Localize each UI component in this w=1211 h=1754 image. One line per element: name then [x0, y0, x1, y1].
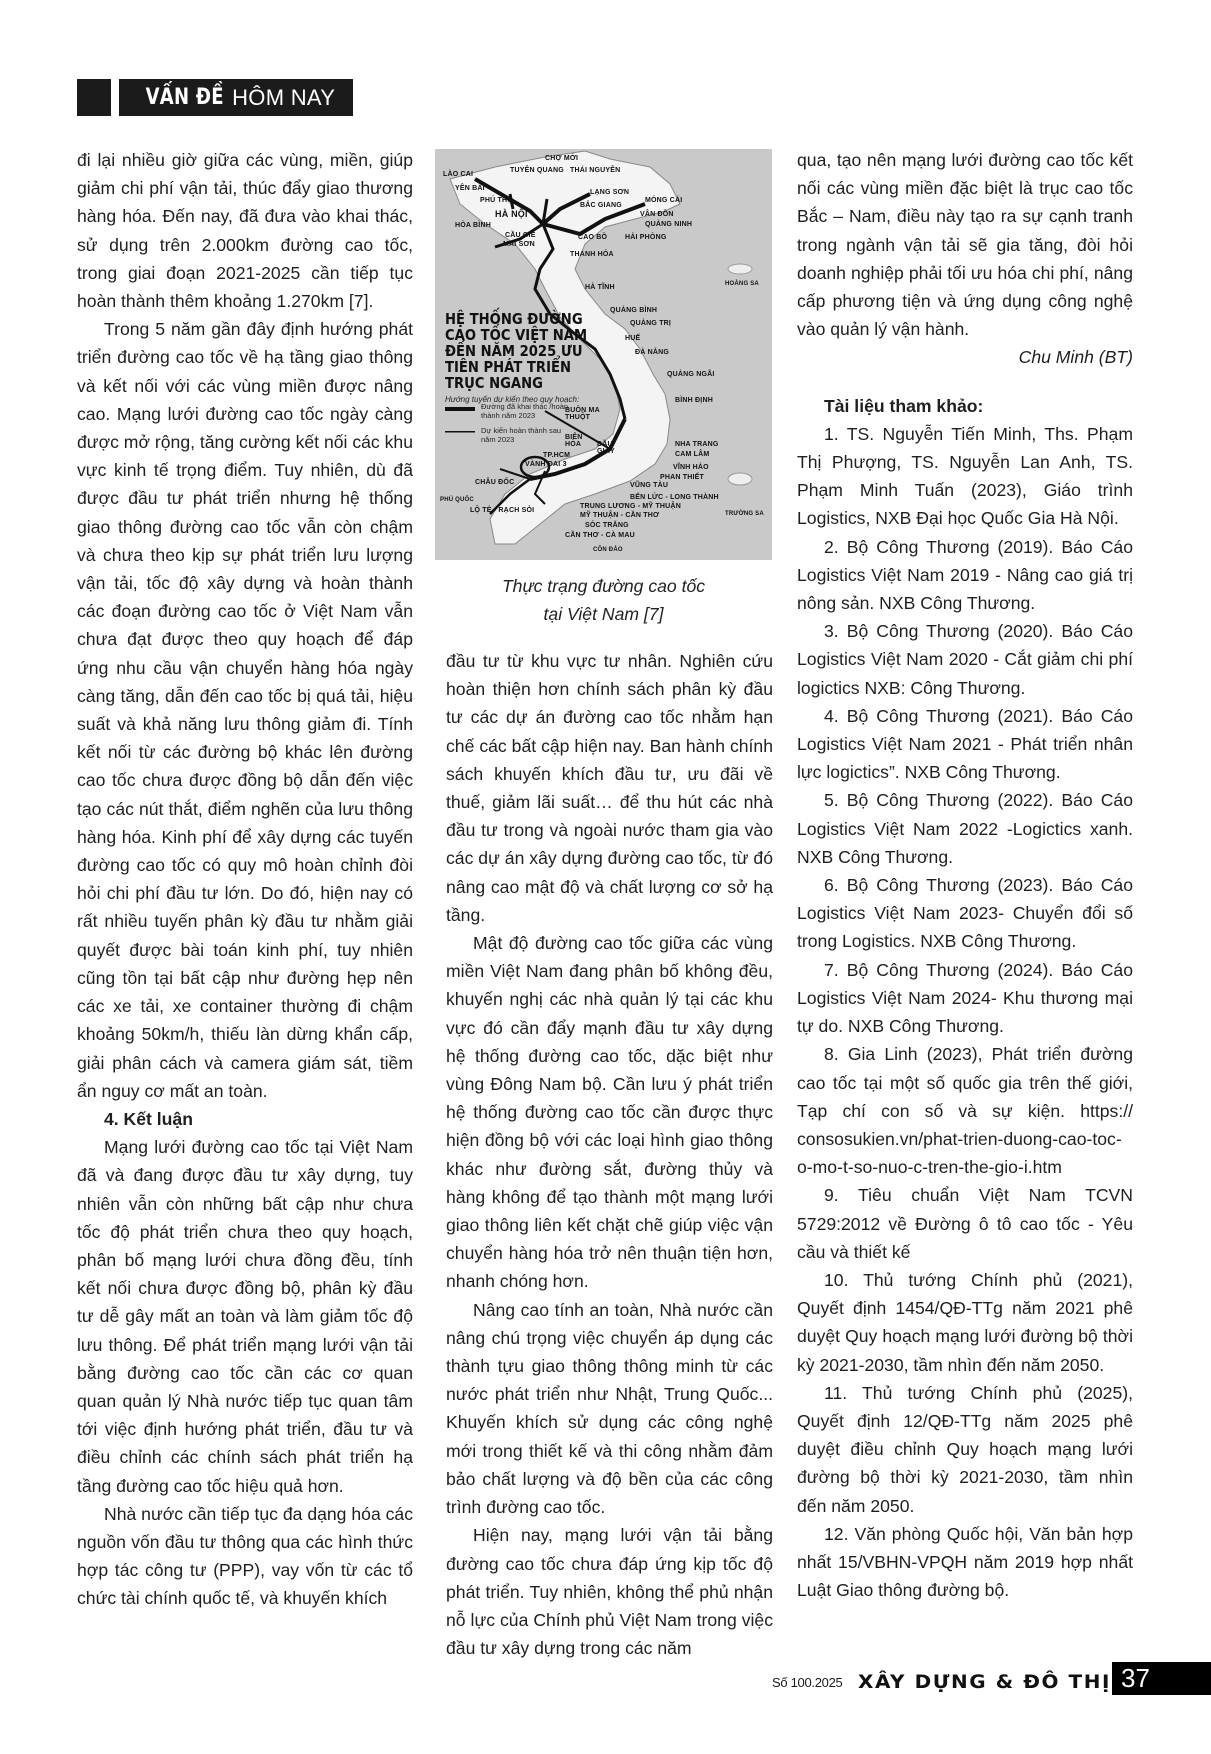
- map-label: CÔN ĐẢO: [593, 547, 623, 553]
- map-label: LÀO CAI: [443, 171, 473, 178]
- reference-item: 3. Bộ Công Thương (2020). Báo Cáo Logist…: [797, 617, 1133, 702]
- section-title: VẤN ĐỀ HÔM NAY: [119, 79, 353, 116]
- map-label: MÓNG CÁI: [645, 197, 682, 204]
- map-label: TP.HCM: [543, 452, 570, 459]
- map-label: SÓC TRĂNG: [585, 522, 629, 529]
- map-label: THANH HÓA: [570, 251, 614, 258]
- column-1: đi lại nhiều giờ giữa các vùng, miền, gi…: [77, 146, 413, 1613]
- caption-line-1: Thực trạng đường cao tốc: [435, 572, 772, 600]
- map-label: MAI SƠN: [503, 241, 535, 248]
- column-2: đầu tư từ khu vực tư nhân. Nghiên cứu ho…: [446, 647, 773, 1662]
- map-label: CẦU GIẼ: [505, 232, 536, 239]
- map-label: BÌNH ĐỊNH: [675, 397, 713, 404]
- reference-item: 7. Bộ Công Thương (2024). Báo Cáo Logist…: [797, 956, 1133, 1041]
- map-label: PHÚ QUỐC: [440, 497, 474, 503]
- map-label: PHAN THIẾT: [660, 474, 704, 481]
- expressway-map-figure: HỆ THỐNG ĐƯỜNG CAO TỐC VIỆT NAM ĐẾN NĂM …: [435, 149, 772, 560]
- reference-item: 4. Bộ Công Thương (2021). Báo Cáo Logist…: [797, 702, 1133, 787]
- map-label: TRUNG LƯƠNG - MỸ THUẬN: [580, 503, 681, 510]
- map-label: BUÔN MA THUỘT: [565, 407, 605, 421]
- map-label: TUYÊN QUANG: [510, 167, 564, 174]
- map-label: HÀ TĨNH: [585, 284, 615, 291]
- map-label: VÀNH ĐAI 3: [525, 461, 567, 468]
- map-label: HẢI PHÒNG: [625, 234, 666, 241]
- map-label: BIÊN HÒA: [565, 434, 595, 448]
- map-label: QUẢNG NINH: [645, 221, 692, 228]
- paragraph: qua, tạo nên mạng lưới đường cao tốc kết…: [797, 146, 1133, 343]
- section-title-rest: HÔM NAY: [232, 85, 335, 111]
- paragraph: Mạng lưới đường cao tốc tại Việt Nam đã …: [77, 1133, 413, 1500]
- map-label: HOÀNG SA: [725, 281, 759, 287]
- reference-item: 6. Bộ Công Thương (2023). Báo Cáo Logist…: [797, 871, 1133, 956]
- paragraph: Nhà nước cần tiếp tục đa dạng hóa các ng…: [77, 1500, 413, 1613]
- author-credit: Chu Minh (BT): [797, 343, 1133, 371]
- map-label: DẦU GIÂY: [597, 441, 627, 455]
- reference-item: 12. Văn phòng Quốc hội, Văn bản hợp nhất…: [797, 1520, 1133, 1605]
- reference-item: 11. Thủ tướng Chính phủ (2025), Quyết đị…: [797, 1379, 1133, 1520]
- map-label: HUẾ: [625, 335, 640, 342]
- map-label: CAM LÂM: [675, 451, 709, 458]
- reference-item: 8. Gia Linh (2023), Phát triển đường cao…: [797, 1040, 1133, 1181]
- page-number: 37: [1112, 1662, 1211, 1695]
- reference-item: 10. Thủ tướng Chính phủ (2021), Quyết đị…: [797, 1266, 1133, 1379]
- column-3: qua, tạo nên mạng lưới đường cao tốc kết…: [797, 146, 1133, 1604]
- paragraph: Mật độ đường cao tốc giữa các vùng miền …: [446, 929, 773, 1296]
- paragraph: Hiện nay, mạng lưới vận tải bằng đường c…: [446, 1521, 773, 1662]
- legend-item-planned: Dự kiến hoàn thành sau năm 2023: [481, 426, 576, 444]
- map-label: QUẢNG TRỊ: [630, 320, 671, 327]
- map-title: HỆ THỐNG ĐƯỜNG CAO TỐC VIỆT NAM ĐẾN NĂM …: [445, 311, 615, 391]
- map-label: ĐÀ NẴNG: [635, 349, 669, 356]
- map-label: THÁI NGUYÊN: [570, 167, 620, 174]
- map-label: TRƯỜNG SA: [725, 511, 764, 517]
- legend-item-completed: Đường đã khai thác /hoàn thành năm 2023: [481, 402, 576, 420]
- map-label: HÀ NỘI: [495, 209, 528, 219]
- map-label: LẠNG SƠN: [590, 189, 629, 196]
- reference-item: 1. TS. Nguyễn Tiến Minh, Ths. Phạm Thị P…: [797, 420, 1133, 533]
- reference-item: 5. Bộ Công Thương (2022). Báo Cáo Logist…: [797, 786, 1133, 871]
- map-label: YÊN BÁI: [455, 185, 485, 192]
- map-label: VÂN ĐỒN: [640, 211, 674, 218]
- section-heading: 4. Kết luận: [77, 1105, 413, 1133]
- references-heading: Tài liệu tham khảo:: [797, 392, 1133, 420]
- map-label: VĨNH HẢO: [673, 464, 709, 471]
- reference-item: 9. Tiêu chuẩn Việt Nam TCVN 5729:2012 về…: [797, 1181, 1133, 1266]
- map-label: CAO BỒ: [578, 234, 607, 241]
- map-label: BẾN LỨC - LONG THÀNH: [630, 494, 719, 501]
- issue-number: Số 100.2025: [772, 1675, 842, 1690]
- paragraph: đầu tư từ khu vực tư nhân. Nghiên cứu ho…: [446, 647, 773, 929]
- section-title-bold: VẤN ĐỀ: [145, 85, 223, 110]
- paragraph: Nâng cao tính an toàn, Nhà nước cần nâng…: [446, 1296, 773, 1522]
- map-label: QUẢNG NGÃI: [667, 371, 715, 378]
- page-footer: Số 100.2025 XÂY DỰNG & ĐÔ THỊ 37: [772, 1667, 1115, 1697]
- reference-item: 2. Bộ Công Thương (2019). Báo Cáo Logist…: [797, 533, 1133, 618]
- map-label: PHÚ THỌ: [480, 197, 513, 204]
- map-label: HÒA BÌNH: [455, 222, 491, 229]
- map-label: CHÂU ĐỐC: [475, 479, 514, 486]
- paragraph: đi lại nhiều giờ giữa các vùng, miền, gi…: [77, 146, 413, 315]
- map-label: BẮC GIANG: [580, 202, 622, 209]
- map-label: QUẢNG BÌNH: [610, 307, 657, 314]
- map-label: LỘ TẺ - RẠCH SỎI: [470, 507, 534, 514]
- map-label: CẦN THƠ - CÀ MAU: [565, 532, 635, 539]
- caption-line-2: tại Việt Nam [7]: [435, 600, 772, 628]
- magazine-name: XÂY DỰNG & ĐÔ THỊ: [858, 1671, 1111, 1693]
- map-label: MỸ THUẬN - CẦN THƠ: [580, 512, 659, 519]
- figure-caption: Thực trạng đường cao tốc tại Việt Nam [7…: [435, 572, 772, 628]
- map-label: CHỢ MỚI: [545, 155, 578, 162]
- paragraph: Trong 5 năm gần đây định hướng phát triể…: [77, 315, 413, 1105]
- header-block-decoration: [77, 79, 111, 116]
- map-label: VŨNG TÀU: [630, 482, 668, 489]
- map-label: NHA TRANG: [675, 441, 719, 448]
